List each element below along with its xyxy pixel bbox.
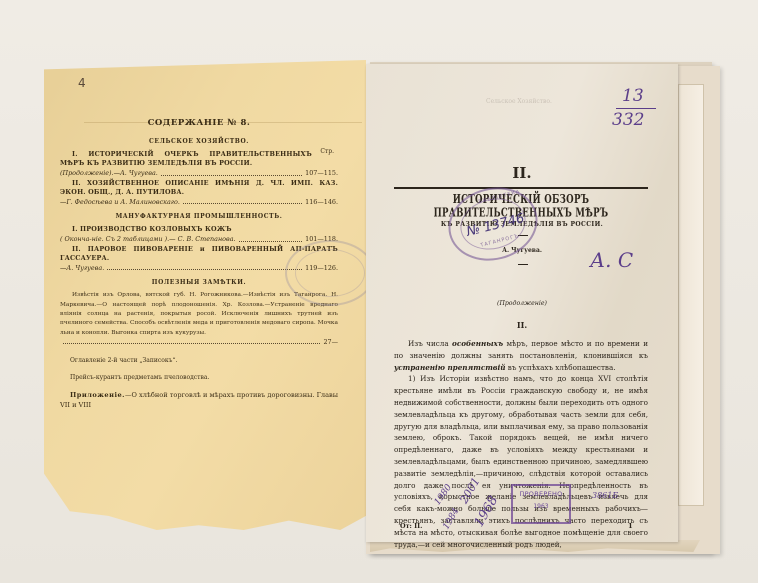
- handwritten-number-332: 332: [612, 110, 644, 130]
- index-line: Оглавленіе 2-й части „Записокъ“.: [70, 357, 338, 364]
- appendix-label: Приложеніе.: [70, 391, 125, 399]
- toc-entry-note: (Продолженіе).—А. Чугуева.: [60, 169, 158, 178]
- price-list-line: Прейсъ-курантъ предметамъ пчеловодства.: [70, 374, 338, 381]
- checked-stamp-label: ПРОВЕРЕНО: [513, 490, 569, 498]
- toc-entry: Стр. I. ИСТОРИЧЕСКІЙ ОЧЕРКЪ ПРАВИТЕЛЬСТВ…: [60, 150, 338, 179]
- toc-entry-pages: 27—: [323, 338, 338, 347]
- handwritten-underline: [616, 108, 656, 109]
- title-rule: [394, 187, 648, 189]
- bleed-through-header: Сельское Хозяйство.: [486, 98, 552, 105]
- toc-entry: I. ПРОИЗВОДСТВО КОЗЛОВЫХЪ КОЖЪ ( Оконча-…: [60, 225, 338, 244]
- page-column-label: Стр.: [320, 148, 334, 155]
- toc-entry-note: ( Оконча-ніе. Съ 2 таблицами ).— С. В. С…: [60, 235, 236, 244]
- intro-paragraph: Изъ числа особенныхъ мѣръ, первое мѣсто …: [394, 338, 648, 373]
- toc-section-heading: СЕЛЬСКОЕ ХОЗЯЙСТВО.: [60, 138, 338, 145]
- checked-stamp-year: 1963: [513, 503, 569, 510]
- right-page-article: Сельское Хозяйство. II. ИСТОРИЧЕСКІЙ ОБЗ…: [366, 64, 678, 542]
- toc-entry-title: I. ПРОИЗВОДСТВО КОЗЛОВЫХЪ КОЖЪ: [72, 225, 232, 233]
- handwritten-number-13: 13: [622, 86, 644, 106]
- toc-section-heading: МАНУФАКТУРНАЯ ПРОМЫШЛЕННОСТЬ.: [60, 213, 338, 220]
- printer-signature: От: II.: [400, 522, 422, 530]
- toc-entry-note: —А. Чугуева.: [60, 264, 104, 273]
- faded-library-stamp: [285, 240, 375, 306]
- toc-entry-note: —Г. Федосѣева и А. Малиновскаго.: [60, 198, 180, 207]
- inventory-code: 3861Б: [592, 491, 618, 500]
- loose-sheet-edge: [678, 84, 704, 506]
- toc-entry-pages: 107—115.: [305, 169, 338, 178]
- separator-dash: [518, 264, 528, 265]
- continued-note: (Продолженіе): [366, 300, 678, 307]
- article-number: II.: [366, 164, 678, 182]
- corner-pencil-mark: 4: [78, 76, 86, 90]
- toc-entry: II. ХОЗЯЙСТВЕННОЕ ОПИСАНІЕ ИМѢНІЯ Д. ЧЛ.…: [60, 179, 338, 208]
- page-number: 1: [628, 522, 633, 530]
- useful-notes-text: Извѣстія изъ Орлова, вятской губ. Н. Рог…: [60, 291, 338, 338]
- checked-stamp: ПРОВЕРЕНО 1963: [511, 484, 571, 524]
- toc-entry-pages: 116—146.: [305, 198, 338, 207]
- handwritten-initials: А. С: [590, 248, 633, 272]
- section-number: II.: [366, 320, 678, 330]
- appendix-entry: Приложеніе.—О хлѣбной торговлѣ и мѣрахъ …: [60, 391, 338, 410]
- toc-entry-title: II. ХОЗЯЙСТВЕННОЕ ОПИСАНІЕ ИМѢНІЯ Д. ЧЛ.…: [60, 179, 338, 196]
- toc-title: СОДЕРЖАНІЕ № 8.: [60, 118, 338, 128]
- toc-entry-title: I. ИСТОРИЧЕСКІЙ ОЧЕРКЪ ПРАВИТЕЛЬСТВЕННЫХ…: [60, 150, 312, 167]
